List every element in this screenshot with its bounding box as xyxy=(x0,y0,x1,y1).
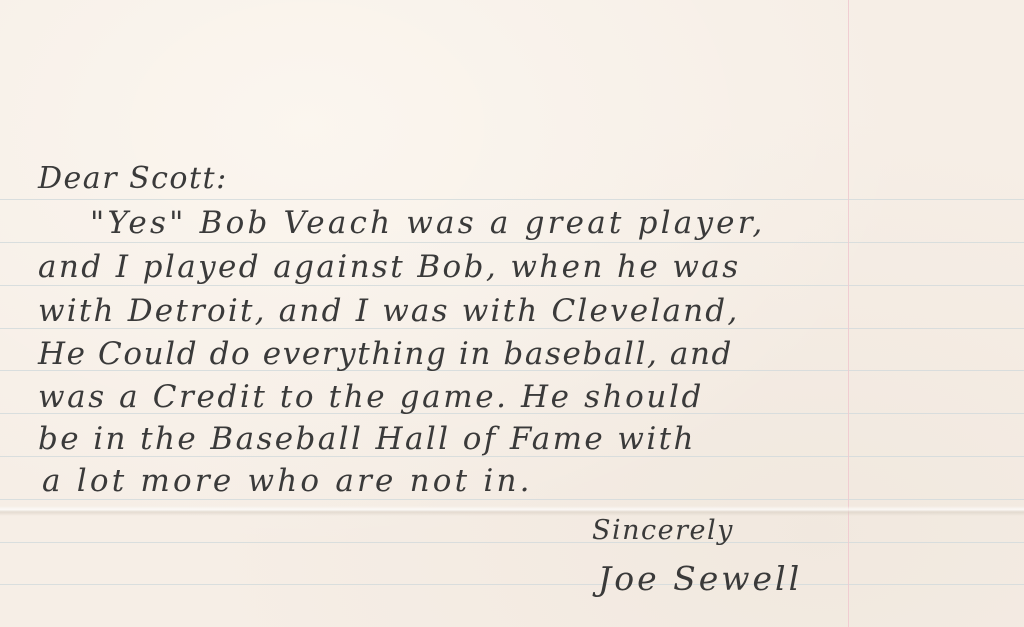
body-line-1: "Yes" Bob Veach was a great player, xyxy=(90,208,765,239)
ruled-line xyxy=(0,542,1024,543)
ruled-line xyxy=(0,285,1024,286)
body-line-5: was a Credit to the game. He should xyxy=(38,382,704,413)
ruled-line xyxy=(0,242,1024,243)
salutation: Dear Scott: xyxy=(38,164,228,194)
fold-crease xyxy=(0,506,1024,516)
body-line-6: be in the Baseball Hall of Fame with xyxy=(38,424,696,455)
signature: Joe Sewell xyxy=(598,562,802,595)
body-line-7: a lot more who are not in. xyxy=(42,466,533,497)
body-line-3: with Detroit, and I was with Cleveland, xyxy=(38,296,739,327)
closing: Sincerely xyxy=(592,517,734,544)
ruled-line xyxy=(0,584,1024,585)
body-line-4: He Could do everything in baseball, and xyxy=(38,339,733,370)
ruled-line xyxy=(0,499,1024,500)
ruled-line xyxy=(0,199,1024,200)
body-line-2: and I played against Bob, when he was xyxy=(38,252,741,283)
letter-paper: Dear Scott: "Yes" Bob Veach was a great … xyxy=(0,0,1024,627)
margin-line xyxy=(848,0,849,627)
